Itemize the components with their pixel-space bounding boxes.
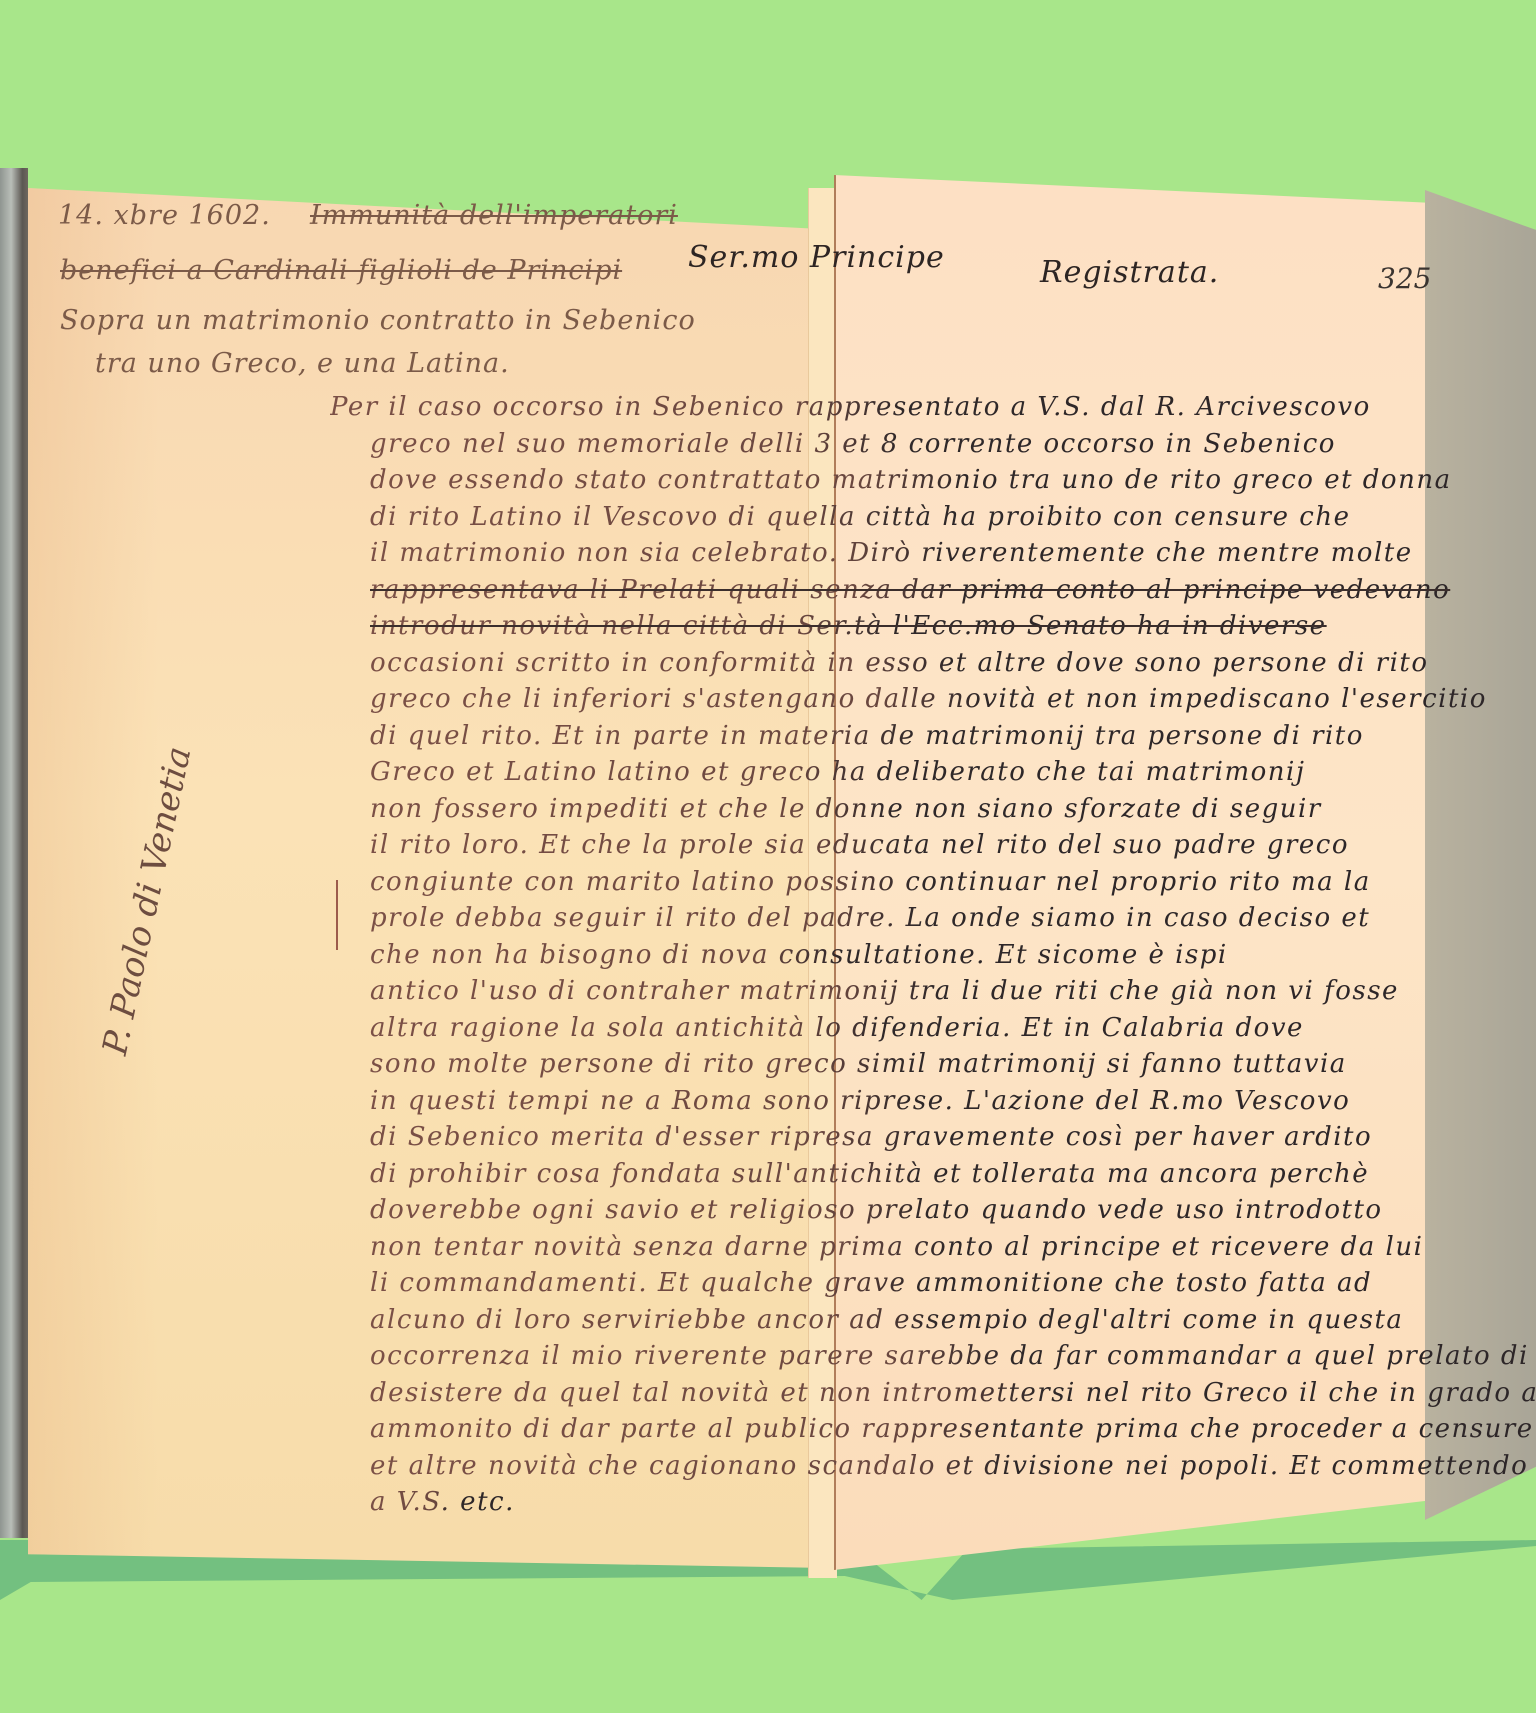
manuscript-line: introdur novità nella città di Ser.tà l'… xyxy=(370,611,1327,641)
manuscript-line: non fossero impediti et che le donne non… xyxy=(370,794,1322,824)
manuscript-line: ammonito di dar parte al publico rappres… xyxy=(370,1414,1534,1444)
registry-note: Registrata. xyxy=(1040,255,1219,290)
manuscript-line: Per il caso occorso in Sebenico rapprese… xyxy=(330,392,1371,422)
manuscript-line: non tentar novità senza darne prima cont… xyxy=(370,1232,1423,1262)
manuscript-line: di Sebenico merita d'esser ripresa grave… xyxy=(370,1122,1372,1152)
manuscript-line: greco nel suo memoriale delli 3 et 8 cor… xyxy=(370,429,1336,459)
manuscript-line: sono molte persone di rito greco simil m… xyxy=(370,1049,1347,1079)
manuscript-line: che non ha bisogno di nova consultatione… xyxy=(370,940,1228,970)
book-binding xyxy=(0,168,28,1538)
manuscript-line: il rito loro. Et che la prole sia educat… xyxy=(370,830,1349,860)
manuscript-line: dove essendo stato contrattato matrimoni… xyxy=(370,465,1452,495)
manuscript-line: prole debba seguir il rito del padre. La… xyxy=(370,903,1370,933)
manuscript-line: di quel rito. Et in parte in materia de … xyxy=(370,721,1364,751)
manuscript-line: rappresentava li Prelati quali senza dar… xyxy=(370,575,1450,605)
subject-line-2: tra uno Greco, e una Latina. xyxy=(95,348,510,379)
manuscript-line: antico l'uso di contraher matrimonij tra… xyxy=(370,976,1399,1006)
manuscript-line: il matrimonio non sia celebrato. Dirò ri… xyxy=(370,538,1413,568)
manuscript-line: alcuno di loro serviriebbe ancor ad esse… xyxy=(370,1305,1403,1335)
addressee: Ser.mo Principe xyxy=(688,240,945,275)
header-date: 14. xbre 1602. xyxy=(58,200,271,231)
manuscript-line: in questi tempi ne a Roma sono riprese. … xyxy=(370,1086,1350,1116)
manuscript-line: occorrenza il mio riverente parere sareb… xyxy=(370,1341,1529,1371)
manuscript-line: occasioni scritto in conformità in esso … xyxy=(370,648,1429,678)
manuscript-line: altra ragione la sola antichità lo difen… xyxy=(370,1013,1304,1043)
manuscript-line: et altre novità che cagionano scandalo e… xyxy=(370,1451,1528,1481)
manuscript-line: desistere da quel tal novità et non intr… xyxy=(370,1378,1536,1408)
manuscript-line: Greco et Latino latino et greco ha delib… xyxy=(370,757,1305,787)
manuscript-line: greco che li inferiori s'astengano dalle… xyxy=(370,684,1487,714)
manuscript-line: congiunte con marito latino possino cont… xyxy=(370,867,1371,897)
backing-sheet xyxy=(1425,190,1536,1520)
manuscript-line: doverebbe ogni savio et religioso prelat… xyxy=(370,1195,1383,1225)
folio-number: 325 xyxy=(1378,262,1431,295)
manuscript-line: a V.S. etc. xyxy=(370,1487,515,1517)
manuscript-line: di rito Latino il Vescovo di quella citt… xyxy=(370,502,1350,532)
manuscript-line: li commandamenti. Et qualche grave ammon… xyxy=(370,1268,1372,1298)
subject-line-1: Sopra un matrimonio contratto in Sebenic… xyxy=(60,305,696,336)
header-struck-line: benefici a Cardinali figlioli de Princip… xyxy=(60,255,622,286)
manuscript-line: di prohibir cosa fondata sull'antichità … xyxy=(370,1159,1369,1189)
header-struck-text: Immunità dell'imperatori xyxy=(310,200,678,231)
letter-body: Per il caso occorso in Sebenico rapprese… xyxy=(330,392,1410,1572)
